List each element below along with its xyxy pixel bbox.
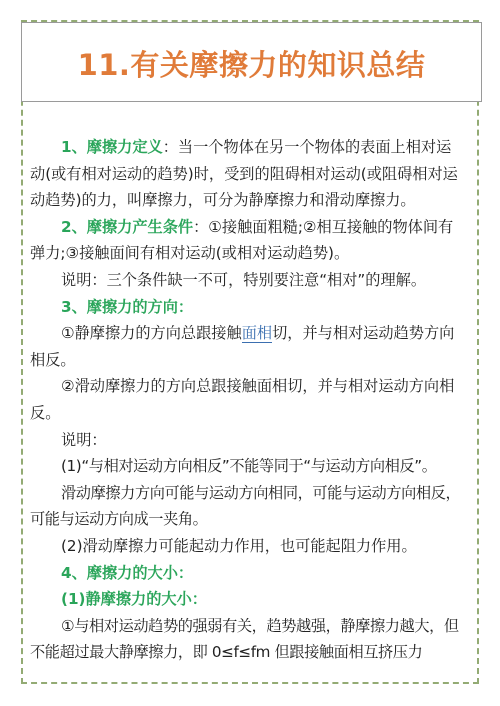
link-mianxiang[interactable]: 面相 [242,324,272,343]
subheading-static-magnitude: (1)静摩擦力的大小： [30,586,462,613]
direction-note-label: 说明： [30,427,462,454]
paragraph-definition: 1、摩擦力定义：当一个物体在另一个物体的表面上相对运动(或有相对运动的趋势)时，… [30,134,462,214]
paragraph-static-magnitude: ①与相对运动趋势的强弱有关，趋势越强，静摩擦力越大，但不能超过最大静摩擦力，即 … [30,613,462,666]
heading-definition: 1、摩擦力定义 [61,138,163,156]
conditions-note: 说明：三个条件缺一不可，特别要注意“相对”的理解。 [30,267,462,294]
paragraph-conditions: 2、摩擦力产生条件：①接触面粗糙;②相互接触的物体间有弹力;③接触面间有相对运动… [30,214,462,267]
title-box: 11.有关摩擦力的知识总结 [21,22,482,102]
page-title: 11.有关摩擦力的知识总结 [78,43,426,84]
paragraph-static-direction: ①静摩擦力的方向总跟接触面相切，并与相对运动趋势方向相反。 [30,320,462,373]
direction-note-1b: 滑动摩擦力方向可能与运动方向相同，可能与运动方向相反，可能与运动方向成一夹角。 [30,480,462,533]
heading-magnitude: 4、摩擦力的大小： [30,560,462,587]
direction-note-1: (1)“与相对运动方向相反”不能等同于“与运动方向相反”。 [30,453,462,480]
document-body: 1、摩擦力定义：当一个物体在另一个物体的表面上相对运动(或有相对运动的趋势)时，… [30,134,462,666]
paragraph-sliding-direction: ②滑动摩擦力的方向总跟接触面相切，并与相对运动方向相反。 [30,373,462,426]
direction-note-2: (2)滑动摩擦力可能起动力作用，也可能起阻力作用。 [30,533,462,560]
heading-conditions: 2、摩擦力产生条件 [61,218,193,236]
static-direction-text-a: ①静摩擦力的方向总跟接触 [61,324,242,342]
heading-direction: 3、摩擦力的方向： [30,294,462,321]
